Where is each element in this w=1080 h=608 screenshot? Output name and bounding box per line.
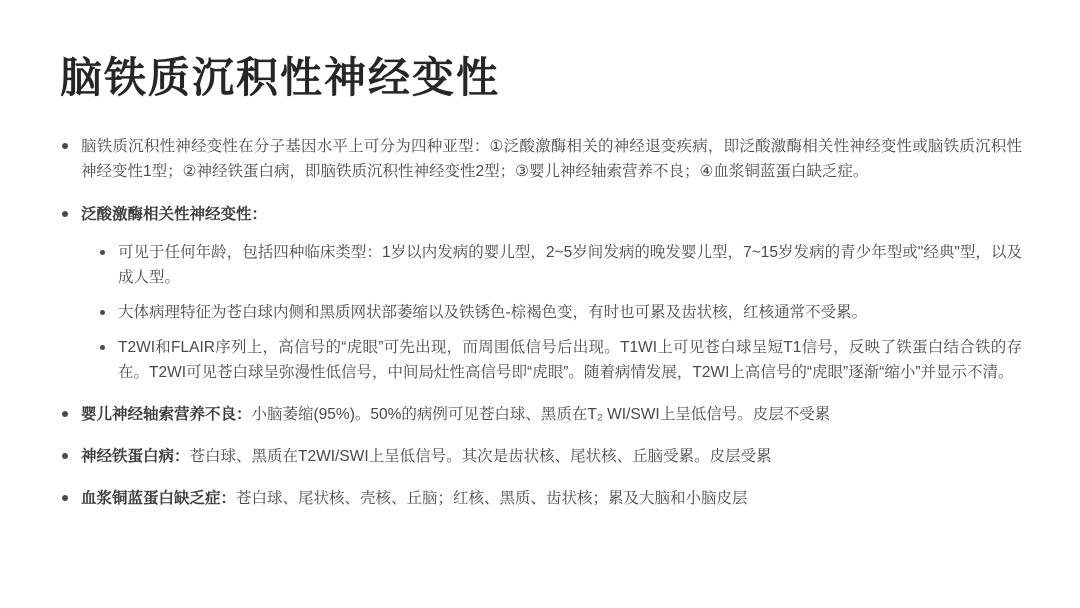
- bullet-subtypes-overview: 脑铁质沉积性神经变性在分子基因水平上可分为四种亚型：①泛酸激酶相关的神经退变疾病…: [60, 134, 1022, 184]
- bullet-list: 脑铁质沉积性神经变性在分子基因水平上可分为四种亚型：①泛酸激酶相关的神经退变疾病…: [60, 134, 1022, 511]
- bullet-aceruloplasminemia: 血浆铜蓝蛋白缺乏症：苍白球、尾状核、壳核、丘脑；红核、黑质、齿状核；累及大脑和小…: [60, 486, 1022, 511]
- bullet-dot: [62, 495, 68, 501]
- bullet-neuroferritinopathy: 神经铁蛋白病：苍白球、黑质在T2WI/SWI上呈低信号。其次是齿状核、尾状核、丘…: [60, 444, 1022, 469]
- sub-bullet-pathology: 大体病理特征为苍白球内侧和黑质网状部萎缩以及铁锈色-棕褐色变，有时也可累及齿状核…: [60, 300, 1022, 325]
- bullet-lead: 泛酸激酶相关性神经变性：: [81, 206, 267, 223]
- bullet-body: 大体病理特征为苍白球内侧和黑质网状部萎缩以及铁锈色-棕褐色变，有时也可累及齿状核…: [118, 304, 867, 321]
- bullet-body: 可见于任何年龄，包括四种临床类型：1岁以内发病的婴儿型，2~5岁间发病的晚发婴儿…: [118, 244, 1022, 286]
- bullet-body: 苍白球、尾状核、壳核、丘脑；红核、黑质、齿状核；累及大脑和小脑皮层: [236, 490, 748, 507]
- bullet-lead: 神经铁蛋白病：: [81, 448, 190, 465]
- bullet-lead: 婴儿神经轴索营养不良：: [81, 406, 252, 423]
- slide: 脑铁质沉积性神经变性 脑铁质沉积性神经变性在分子基因水平上可分为四种亚型：①泛酸…: [0, 0, 1080, 608]
- bullet-text: 神经铁蛋白病：苍白球、黑质在T2WI/SWI上呈低信号。其次是齿状核、尾状核、丘…: [81, 444, 772, 469]
- bullet-dot: [62, 453, 68, 459]
- bullet-infantile-neuroaxonal-dystrophy: 婴儿神经轴索营养不良：小脑萎缩(95%)。50%的病例可见苍白球、黑质在T₂ W…: [60, 402, 1022, 427]
- bullet-dot: [62, 143, 68, 149]
- bullet-text: 血浆铜蓝蛋白缺乏症：苍白球、尾状核、壳核、丘脑；红核、黑质、齿状核；累及大脑和小…: [81, 486, 748, 511]
- bullet-dot: [62, 411, 68, 417]
- bullet-body: 苍白球、黑质在T2WI/SWI上呈低信号。其次是齿状核、尾状核、丘脑受累。皮层受…: [190, 448, 772, 465]
- bullet-lead: 血浆铜蓝蛋白缺乏症：: [81, 490, 236, 507]
- page-title: 脑铁质沉积性神经变性: [60, 54, 1022, 102]
- bullet-body: 小脑萎缩(95%)。50%的病例可见苍白球、黑质在T₂ WI/SWI上呈低信号。…: [252, 406, 831, 423]
- bullet-dot: [100, 345, 105, 350]
- sub-bullet-mri-tiger-eye: T2WI和FLAIR序列上，高信号的“虎眼”可先出现，而周围低信号后出现。T1W…: [60, 335, 1022, 385]
- bullet-text: 脑铁质沉积性神经变性在分子基因水平上可分为四种亚型：①泛酸激酶相关的神经退变疾病…: [81, 134, 1022, 184]
- bullet-dot: [100, 250, 105, 255]
- bullet-text: 可见于任何年龄，包括四种临床类型：1岁以内发病的婴儿型，2~5岁间发病的晚发婴儿…: [118, 240, 1022, 290]
- bullet-text: 婴儿神经轴索营养不良：小脑萎缩(95%)。50%的病例可见苍白球、黑质在T₂ W…: [81, 402, 830, 427]
- bullet-text: 泛酸激酶相关性神经变性：: [81, 202, 267, 227]
- bullet-text: T2WI和FLAIR序列上，高信号的“虎眼”可先出现，而周围低信号后出现。T1W…: [118, 335, 1022, 385]
- bullet-dot: [62, 211, 68, 217]
- bullet-pkan-heading: 泛酸激酶相关性神经变性：: [60, 202, 1022, 227]
- bullet-body: 脑铁质沉积性神经变性在分子基因水平上可分为四种亚型：①泛酸激酶相关的神经退变疾病…: [81, 138, 1022, 180]
- bullet-dot: [100, 310, 105, 315]
- bullet-text: 大体病理特征为苍白球内侧和黑质网状部萎缩以及铁锈色-棕褐色变，有时也可累及齿状核…: [118, 300, 867, 325]
- sub-bullet-clinical-types: 可见于任何年龄，包括四种临床类型：1岁以内发病的婴儿型，2~5岁间发病的晚发婴儿…: [60, 240, 1022, 290]
- bullet-body: T2WI和FLAIR序列上，高信号的“虎眼”可先出现，而周围低信号后出现。T1W…: [118, 339, 1022, 381]
